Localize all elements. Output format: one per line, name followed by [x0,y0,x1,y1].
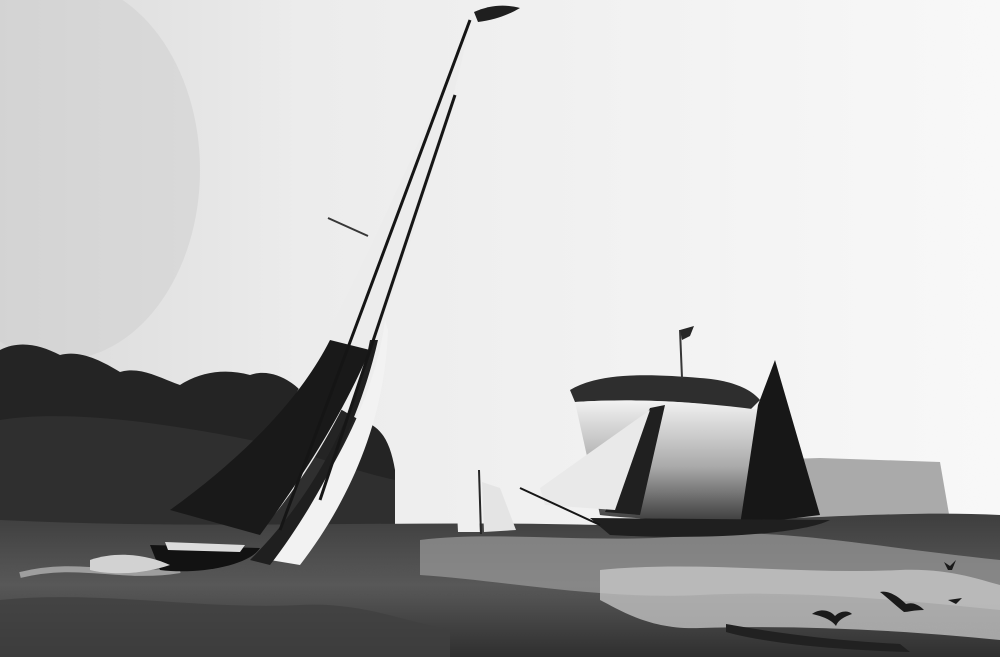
painting-image: Grayscale reproduction of a marine paint… [0,0,1000,657]
painting-scene [0,0,1000,657]
